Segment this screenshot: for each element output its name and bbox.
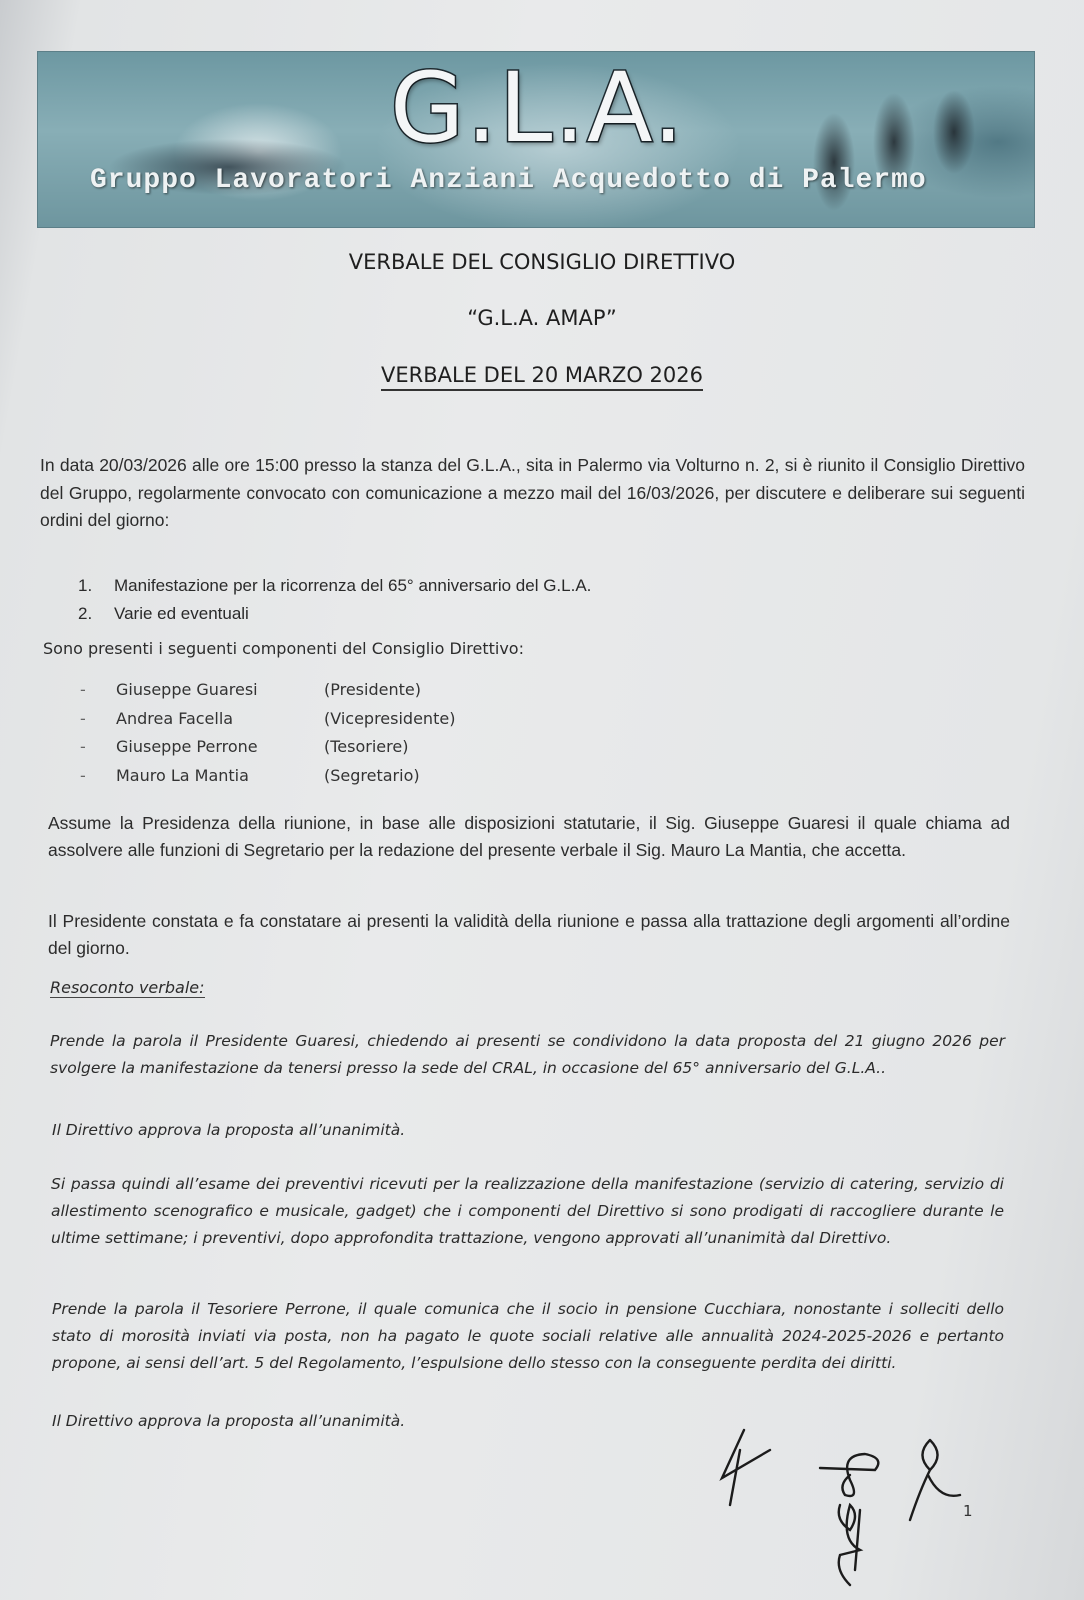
signatures: [700, 1410, 1000, 1590]
member-item: - Mauro La Mantia (Segretario): [80, 762, 455, 791]
presidency-paragraph: Assume la Presidenza della riunione, in …: [48, 810, 1010, 864]
intro-paragraph: In data 20/03/2026 alle ore 15:00 presso…: [40, 452, 1025, 535]
document-page: G.L.A. Gruppo Lavoratori Anziani Acquedo…: [0, 0, 1084, 1600]
agenda-item: 2. Varie ed eventuali: [78, 600, 591, 628]
validity-paragraph: Il Presidente constata e fa constatare a…: [48, 908, 1010, 962]
header-banner: G.L.A. Gruppo Lavoratori Anziani Acquedo…: [38, 52, 1034, 227]
aqueduct-image: [774, 72, 994, 222]
resoconto-paragraph: Il Direttivo approva la proposta all’una…: [52, 1117, 1002, 1144]
members-list: - Giuseppe Guaresi (Presidente) - Andrea…: [80, 676, 455, 790]
resoconto-paragraph: Il Direttivo approva la proposta all’una…: [52, 1408, 652, 1435]
organization-name: “G.L.A. AMAP”: [0, 306, 1084, 330]
agenda-list: 1. Manifestazione per la ricorrenza del …: [78, 572, 591, 628]
page-number: 1: [963, 1502, 973, 1520]
resoconto-paragraph: Prende la parola il Presidente Guaresi, …: [50, 1028, 1005, 1082]
logo-text: G.L.A.: [390, 58, 685, 158]
minutes-date-heading: VERBALE DEL 20 MARZO 2026: [0, 363, 1084, 387]
present-intro: Sono presenti i seguenti componenti del …: [43, 635, 743, 663]
resoconto-paragraph: Prende la parola il Tesoriere Perrone, i…: [52, 1296, 1004, 1377]
resoconto-label: Resoconto verbale:: [50, 974, 205, 1002]
member-item: - Andrea Facella (Vicepresidente): [80, 705, 455, 734]
member-item: - Giuseppe Perrone (Tesoriere): [80, 733, 455, 762]
agenda-item: 1. Manifestazione per la ricorrenza del …: [78, 572, 591, 600]
resoconto-paragraph: Si passa quindi all’esame dei preventivi…: [51, 1171, 1004, 1252]
document-title: VERBALE DEL CONSIGLIO DIRETTIVO: [0, 250, 1084, 274]
banner-subtitle: Gruppo Lavoratori Anziani Acquedotto di …: [90, 165, 990, 196]
member-item: - Giuseppe Guaresi (Presidente): [80, 676, 455, 705]
